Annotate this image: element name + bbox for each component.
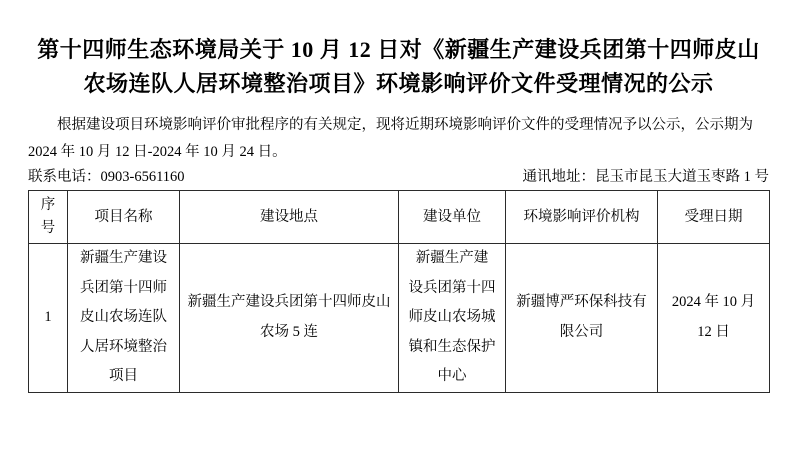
intro-paragraph: 根据建设项目环境影响评价审批程序的有关规定，现将近期环境影响评价文件的受理情况予…	[28, 112, 769, 166]
col-header-index: 序 号	[29, 191, 68, 244]
cell-project-name: 新疆生产建设 兵团第十四师 皮山农场连队 人居环境整治 项目	[68, 244, 180, 393]
document-page: 第十四师生态环境局关于 10 月 12 日对《新疆生产建设兵团第十四师皮山 农场…	[0, 0, 800, 468]
table-row: 1 新疆生产建设 兵团第十四师 皮山农场连队 人居环境整治 项目 新疆生产建设兵…	[29, 244, 770, 393]
page-title: 第十四师生态环境局关于 10 月 12 日对《新疆生产建设兵团第十四师皮山 农场…	[28, 33, 769, 101]
contact-phone: 联系电话：0903-6561160	[28, 166, 185, 188]
cell-index: 1	[29, 244, 68, 393]
acceptance-table: 序 号 项目名称 建设地点 建设单位 环境影响评价机构 受理日期 1 新疆生产建…	[28, 190, 770, 393]
table-header-row: 序 号 项目名称 建设地点 建设单位 环境影响评价机构 受理日期	[29, 191, 770, 244]
cell-builder: 新疆生产建 设兵团第十四 师皮山农场城 镇和生态保护 中心	[399, 244, 506, 393]
cell-agency: 新疆博严环保科技有 限公司	[506, 244, 658, 393]
contact-row: 联系电话：0903-6561160 通讯地址：昆玉市昆玉大道玉枣路 1 号	[28, 166, 769, 188]
col-header-project-name: 项目名称	[68, 191, 180, 244]
col-header-date: 受理日期	[658, 191, 770, 244]
cell-location: 新疆生产建设兵团第十四师皮山 农场 5 连	[180, 244, 399, 393]
contact-address: 通讯地址：昆玉市昆玉大道玉枣路 1 号	[523, 166, 770, 188]
col-header-agency: 环境影响评价机构	[506, 191, 658, 244]
col-header-builder: 建设单位	[399, 191, 506, 244]
cell-date: 2024 年 10 月 12 日	[658, 244, 770, 393]
col-header-location: 建设地点	[180, 191, 399, 244]
